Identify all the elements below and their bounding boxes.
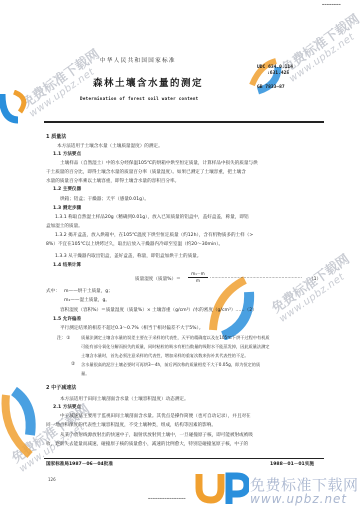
section-2-heading: 2 中子减速法 [46,384,76,391]
paragraph: 1.3.2 揭开盒盖，放入烘箱中，在105℃温度下烘至恒定质量（约12h），含有… [55,232,253,238]
up-logo-icon [0,385,40,465]
note-2-marker: ② [71,362,75,367]
paragraph-cont: 8%）不宜在105℃以上烘烤过久，取出后放入干燥器内冷却至室温（约20～30mi… [46,241,223,247]
paragraph: 平行测定结果的相差不超过0.3～0.7%（相当于相对偏差不大于5%）。 [60,325,203,331]
note-label: 注：① [57,335,70,341]
subsection-heading: 1.2 主要仪器 [53,186,81,192]
subsection-heading: 2.1 方法要点 [53,404,81,410]
subsection-heading: 1.4 结果计算 [53,262,81,268]
formula-1-denominator: m [188,278,208,283]
paragraph: 本方法适用于田间土壤剖面含水量（土壤容积湿度）动态测定。 [60,396,189,402]
subsection-heading: 1.3 测定步骤 [53,205,81,211]
paragraph: 土壤样品（自然湿土）中的水分经保温105℃的烘箱中烘至恒定质量，计算样品中损失的… [60,160,258,166]
page-title: 森林土壤含水量的测定 [93,75,203,89]
paragraph: 1.3.1 称取自然湿土样品20g（精确到0.01g），放入已知质量的铝盒中，盖… [55,214,249,220]
scan-marker: ▬▬▬▬▬▬▬▬ [322,3,341,6]
paragraph-cont: 收，逐渐失去能量而减速，碰撞原子核的质量愈小，减速的比例愈大，特别是碰撞氢原子核… [46,441,248,447]
paragraph: 烘箱；铝盒；干燥器；天平（感量0.01g）。 [60,196,149,202]
up-logo-icon [0,90,32,128]
note-line: 含水量很高的泥泞土壤必要时可再烘3～4h，前后两次称的质量相差不大于0.05g，… [81,362,260,368]
subsection-heading: 1.5 允许偏差 [53,316,81,322]
country-standard-label: 中华人民共和国国家标准 [100,56,176,64]
approval-date: 国家标准局1987－06－04批准 [46,461,113,467]
paragraph: 1.3.3 从干燥器内取出铝盒，盖好盒盖，称量，即铝盒加烘干土的质量。 [55,253,201,259]
formula-2: 容积湿度（容积%）＝质量湿度（质量%）× 土壤容重（g/cm³）/水的密度（g/… [60,307,257,313]
note-line: 量。 [81,371,89,377]
note-line: 质量法测定土壤含水量的误差主要在于采样的代表性，天平的精确度以及在105℃下烘干… [81,335,270,341]
scan-footer-marker: ▬▬▬▬▬▬▬▬▬▬▬▬▬▬▬▬ [148,497,186,500]
page-subtitle-en: Determination of forest soil water conte… [80,96,199,101]
paragraph: 中子减速法主要用于监视田间土壤剖面含水量。其优点是操作简便（也可自动记录），并且… [60,413,251,419]
where-label: 式中： [46,288,60,294]
note-line: 可能有部分氧化分解而损失的质量，同时粘粒的吸水有相当数量的吸附水不能蒸发掉，因此… [81,344,269,350]
up-logo-icon [193,470,249,506]
paragraph-cont: 同一地点和深度的代表性土壤容积湿度，不受土壤种类，组成，结构等因素的影响。 [46,422,216,428]
formula-1-numerator: m₁－m [188,271,208,278]
note-line: 土壤含水量时，首先必须注意采样的代表性，增加采样的重复次数来弥补其代表性的不足。 [81,353,249,359]
paragraph-cont: 干土质量的百分比，即得土壤含水量的质量百分率（质量湿度）。如果已测定了土壤容重，… [46,169,246,175]
gb-number: GB 7833—87 [257,85,285,90]
effective-date: 1988－01－01实施 [270,461,314,467]
section-1-heading: 1 质量法 [46,133,66,140]
formula-1-lhs: 质量湿度（质量%）＝ [135,276,181,282]
formula-1-fraction: m₁－m m [188,271,208,283]
header-divider [44,121,324,123]
brand-url: www.upbz.net [250,492,347,506]
where-item: m₁——湿土质量，g。 [64,297,110,303]
page-number: 126 [48,477,56,482]
paragraph-cont: 水量的质量百分率乘以土壤容重，即得土壤含水量的容积百分率。 [46,178,179,184]
paragraph-cont: 盒加湿土的质量。 [46,223,83,229]
paragraph: 从某个放射线源放射出的快速中子，辐射状放射到土壤中，一旦碰撞原子核，即可能被射或… [60,432,253,438]
footer-divider [44,458,324,459]
formula-1-leader: ········································… [210,276,310,281]
where-item: m——烘干土质量，g； [64,288,113,294]
udc-line-2: :631.425 [257,71,293,77]
udc-code: UDC 634.0.114 :631.425 [257,65,293,77]
paragraph: 本方法适用于土壤含水量（土壤质量湿度）的测定。 [57,143,163,149]
subsection-heading: 1.1 方法要点 [53,151,81,157]
watermark-text: 免费标准下载网 www.upbz.net [270,253,358,325]
formula-1-number: （1） [309,276,321,282]
